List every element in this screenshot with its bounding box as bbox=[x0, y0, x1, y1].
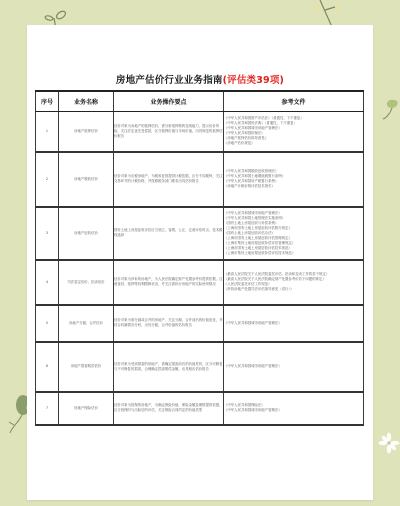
row-points: 估价对象为需分割或合并的房地产，关注分割、合并前后的价值变化，并结合权属情况分析… bbox=[114, 305, 224, 342]
row-refs: 《中华人民共和国城市房地产管理法》 bbox=[224, 342, 364, 392]
leaf-icon bbox=[382, 92, 400, 122]
row-no: 1 bbox=[36, 112, 59, 152]
row-refs: 《中华人民共和国城市房地产管理法》 bbox=[224, 305, 364, 342]
row-points: 估价对象为房地产的抵押估价，需分析抵押物的变现能力，提示估价风险，关注法定优先受… bbox=[114, 112, 224, 152]
table-row: 3 房地产征收估价 国有土地上房屋征收评估应当独立、客观、公正，注意评估时点、技… bbox=[36, 207, 364, 260]
table-row: 2 房地产税收估价 估价对象为应税房地产，为税收征管提供计税依据，区分不同税种，… bbox=[36, 152, 364, 207]
ref-item: 《房地产计税价格评估技术指引》 bbox=[224, 184, 363, 189]
row-points: 估价对象为涉诉的房地产，为人民法院确定财产处置参考价提供依据，注意查封、抵押等权… bbox=[114, 260, 224, 305]
header-name: 业务名称 bbox=[59, 91, 114, 112]
header-points: 业务操作要点 bbox=[114, 91, 224, 112]
row-name: 房地产保险估价 bbox=[59, 392, 114, 425]
row-name: 司法鉴定估价、拍卖估价 bbox=[59, 260, 114, 305]
header-no: 序号 bbox=[36, 91, 59, 112]
row-name: 房地产税收估价 bbox=[59, 152, 114, 207]
table-row: 4 司法鉴定估价、拍卖估价 估价对象为涉诉的房地产，为人民法院确定财产处置参考价… bbox=[36, 260, 364, 305]
business-guide-table: 序号 业务名称 业务操作要点 参考文件 1 房地产抵押估价 估价对象为房地产的抵… bbox=[35, 90, 364, 426]
row-points: 国有土地上房屋征收评估应当独立、客观、公正，注意评估时点、技术路线选择 bbox=[114, 207, 224, 260]
row-points: 估价对象为受到损害的房地产，需确定损害前后的价值差异，区分可修复与不可修复的损害… bbox=[114, 342, 224, 392]
title-highlight: (评估类39项) bbox=[223, 75, 285, 86]
ref-item: 《中华人民共和国城市房地产管理法》 bbox=[224, 408, 363, 413]
row-name: 房地产损害赔偿估价 bbox=[59, 342, 114, 392]
row-name: 房地产分割、合并估价 bbox=[59, 305, 114, 342]
table-row: 6 房地产损害赔偿估价 估价对象为受到损害的房地产，需确定损害前后的价值差异，区… bbox=[36, 342, 364, 392]
ref-item: 《中华人民共和国城市房地产管理法》 bbox=[224, 364, 363, 369]
table-row: 5 房地产分割、合并估价 估价对象为需分割或合并的房地产，关注分割、合并前后的价… bbox=[36, 305, 364, 342]
ref-item: 《中华人民共和国城市房地产管理法》 bbox=[224, 321, 363, 326]
row-no: 7 bbox=[36, 392, 59, 425]
row-name: 房地产抵押估价 bbox=[59, 112, 114, 152]
table-row: 1 房地产抵押估价 估价对象为房地产的抵押估价，需分析抵押物的变现能力，提示估价… bbox=[36, 112, 364, 152]
row-no: 4 bbox=[36, 260, 59, 305]
title-main: 房地产估价行业业务指南 bbox=[116, 75, 223, 86]
twig-icon bbox=[310, 0, 340, 28]
daisy-icon bbox=[378, 432, 400, 454]
row-refs: 《中华人民共和国城市房地产管理法》 《中华人民共和国土地管理法实施条例》 《国有… bbox=[224, 207, 364, 260]
ref-item: 《涉执房地产处置司法评估指导意见（试行）》 bbox=[224, 287, 363, 292]
row-points: 估价对象为应税房地产，为税收征管提供计税依据，区分不同税种，关注交易环节的计税价… bbox=[114, 152, 224, 207]
table-header-row: 序号 业务名称 业务操作要点 参考文件 bbox=[36, 91, 364, 112]
page-title: 房地产估价行业业务指南(评估类39项) bbox=[27, 72, 373, 86]
row-no: 5 bbox=[36, 305, 59, 342]
table-row: 7 房地产保险估价 估价对象为投保的房地产，为确定保险价值、保险金额及理赔提供依… bbox=[36, 392, 364, 425]
ref-item: 《房地产估价规范》 bbox=[224, 141, 363, 146]
row-no: 2 bbox=[36, 152, 59, 207]
header-refs: 参考文件 bbox=[224, 91, 364, 112]
row-points: 估价对象为投保的房地产，为确定保险价值、保险金额及理赔提供依据，区分投保时与出险… bbox=[114, 392, 224, 425]
row-no: 3 bbox=[36, 207, 59, 260]
row-no: 6 bbox=[36, 342, 59, 392]
row-name: 房地产征收估价 bbox=[59, 207, 114, 260]
ref-item: 《上海市集体土地房屋征收补偿评估技术规范》 bbox=[224, 251, 363, 256]
row-refs: 《中华人民共和国保险法》 《中华人民共和国城市房地产管理法》 bbox=[224, 392, 364, 425]
row-refs: 《中华人民共和国税收征收管理法》 《中华人民共和国土地增值税暂行条例》 《中华人… bbox=[224, 152, 364, 207]
row-refs: 《最高人民法院关于人民法院委托评估、拍卖和变卖工作的若干规定》 《最高人民法院关… bbox=[224, 260, 364, 305]
row-refs: 《中华人民共和国资产评估法》（普通性，下不重复） 《中华人民共和国民法典》（普通… bbox=[224, 112, 364, 152]
document-page: 房地产估价行业业务指南(评估类39项) 序号 业务名称 业务操作要点 参考文件 … bbox=[27, 25, 373, 500]
